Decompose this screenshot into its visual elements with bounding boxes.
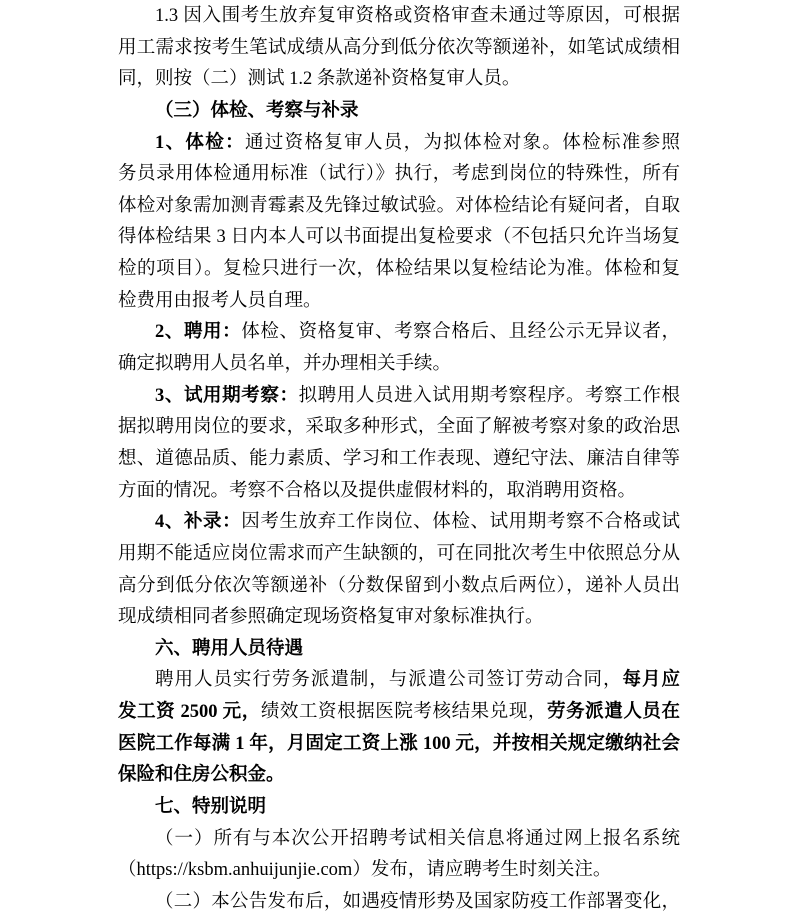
bold-text-run: 2、聘用： — [155, 322, 241, 342]
bold-text-run: 3、试用期考察： — [155, 386, 299, 406]
text-run: （二）本公告发布后，如遇疫情形势及国家防疫工作部署变化， — [155, 892, 680, 912]
text-run: 现成绩相同者参照确定现场资格复审对象标准执行。 — [118, 607, 544, 627]
text-line: 1.3 因入围考生放弃复审资格或资格审查未通过等原因，可根据 — [118, 1, 680, 33]
text-line: （三）体检、考察与补录 — [118, 96, 680, 128]
text-run: 高分到低分依次等额递补（分数保留到小数点后两位），递补人员出 — [118, 576, 680, 596]
text-line: 务员录用体检通用标准（试行）》执行，考虑到岗位的特殊性，所有 — [118, 159, 680, 191]
text-line: 现成绩相同者参照确定现场资格复审对象标准执行。 — [118, 602, 680, 634]
text-run: 用期不能适应岗位需求而产生缺额的，可在同批次考生中依照总分从 — [118, 544, 680, 564]
text-line: 得体检结果 3 日内本人可以书面提出复检要求（不包括只允许当场复 — [118, 222, 680, 254]
text-line: （一）所有与本次公开招聘考试相关信息将通过网上报名系统 — [118, 824, 680, 856]
text-line: 保险和住房公积金。 — [118, 760, 680, 792]
text-line: 确定拟聘用人员名单，并办理相关手续。 — [118, 349, 680, 381]
bold-text-run: 保险和住房公积金。 — [118, 765, 285, 785]
text-run: 检费用由报考人员自理。 — [118, 291, 322, 311]
text-line: 体检对象需加测青霉素及先锋过敏试验。对体检结论有疑问者，自取 — [118, 191, 680, 223]
text-line: （二）本公告发布后，如遇疫情形势及国家防疫工作部署变化， — [118, 887, 680, 918]
text-line: 检的项目）。复检只进行一次，体检结果以复检结论为准。体检和复 — [118, 254, 680, 286]
text-run: 据拟聘用岗位的要求，采取多种形式，全面了解被考察对象的政治思 — [118, 417, 680, 437]
text-run: 方面的情况。考察不合格以及提供虚假材料的，取消聘用资格。 — [118, 481, 636, 501]
text-line: 高分到低分依次等额递补（分数保留到小数点后两位），递补人员出 — [118, 571, 680, 603]
text-line: 方面的情况。考察不合格以及提供虚假材料的，取消聘用资格。 — [118, 476, 680, 508]
text-run: 想、道德品质、能力素质、学习和工作表现、遵纪守法、廉洁自律等 — [118, 449, 680, 469]
text-run: （https://ksbm.anhuijunjie.com）发布，请应聘考生时刻… — [118, 860, 611, 880]
text-line: 用工需求按考生笔试成绩从高分到低分依次等额递补，如笔试成绩相 — [118, 33, 680, 65]
text-run: 确定拟聘用人员名单，并办理相关手续。 — [118, 354, 451, 374]
text-line: 六、聘用人员待遇 — [118, 634, 680, 666]
bold-text-run: 1、体检： — [155, 133, 245, 153]
text-run: 体检、资格复审、考察合格后、且经公示无异议者， — [241, 322, 680, 342]
text-run: （一）所有与本次公开招聘考试相关信息将通过网上报名系统 — [155, 829, 680, 849]
text-line: 医院工作每满 1 年，月固定工资上涨 100 元，并按相关规定缴纳社会 — [118, 729, 680, 761]
text-run: 拟聘用人员进入试用期考察程序。考察工作根 — [299, 386, 680, 406]
document-body: 1.3 因入围考生放弃复审资格或资格审查未通过等原因，可根据用工需求按考生笔试成… — [118, 1, 680, 918]
text-line: 3、试用期考察：拟聘用人员进入试用期考察程序。考察工作根 — [118, 381, 680, 413]
text-line: 发工资 2500 元，绩效工资根据医院考核结果兑现，劳务派遣人员在 — [118, 697, 680, 729]
text-run: 用工需求按考生笔试成绩从高分到低分依次等额递补，如笔试成绩相 — [118, 38, 680, 58]
bold-text-run: 六、聘用人员待遇 — [155, 639, 303, 659]
text-run: 聘用人员实行劳务派遣制，与派遣公司签订劳动合同， — [155, 670, 623, 690]
bold-text-run: 4、补录： — [155, 512, 241, 532]
text-run: 得体检结果 3 日内本人可以书面提出复检要求（不包括只允许当场复 — [118, 227, 680, 247]
text-line: 检费用由报考人员自理。 — [118, 286, 680, 318]
text-line: 同，则按（二）测试 1.2 条款递补资格复审人员。 — [118, 64, 680, 96]
text-run: 绩效工资根据医院考核结果兑现， — [261, 702, 547, 722]
text-line: 七、特别说明 — [118, 792, 680, 824]
document-page: 1.3 因入围考生放弃复审资格或资格审查未通过等原因，可根据用工需求按考生笔试成… — [0, 0, 800, 918]
text-line: 聘用人员实行劳务派遣制，与派遣公司签订劳动合同，每月应 — [118, 665, 680, 697]
bold-text-run: 七、特别说明 — [155, 797, 266, 817]
text-line: （https://ksbm.anhuijunjie.com）发布，请应聘考生时刻… — [118, 855, 680, 887]
text-line: 2、聘用：体检、资格复审、考察合格后、且经公示无异议者， — [118, 317, 680, 349]
text-line: 4、补录：因考生放弃工作岗位、体检、试用期考察不合格或试 — [118, 507, 680, 539]
text-line: 想、道德品质、能力素质、学习和工作表现、遵纪守法、廉洁自律等 — [118, 444, 680, 476]
text-run: 因考生放弃工作岗位、体检、试用期考察不合格或试 — [241, 512, 680, 532]
bold-text-run: 医院工作每满 1 年，月固定工资上涨 100 元，并按相关规定缴纳社会 — [118, 734, 680, 754]
bold-text-run: 每月应 — [623, 670, 680, 690]
text-line: 用期不能适应岗位需求而产生缺额的，可在同批次考生中依照总分从 — [118, 539, 680, 571]
text-run: 务员录用体检通用标准（试行）》执行，考虑到岗位的特殊性，所有 — [118, 164, 680, 184]
text-run: 检的项目）。复检只进行一次，体检结果以复检结论为准。体检和复 — [118, 259, 680, 279]
text-line: 1、体检：通过资格复审人员，为拟体检对象。体检标准参照《公 — [118, 128, 680, 160]
bold-text-run: 劳务派遣人员在 — [547, 702, 680, 722]
bold-text-run: 发工资 2500 元， — [118, 702, 261, 722]
bold-text-run: （三）体检、考察与补录 — [155, 101, 359, 121]
text-run: 1.3 因入围考生放弃复审资格或资格审查未通过等原因，可根据 — [155, 6, 680, 26]
text-run: 体检对象需加测青霉素及先锋过敏试验。对体检结论有疑问者，自取 — [118, 196, 680, 216]
text-line: 据拟聘用岗位的要求，采取多种形式，全面了解被考察对象的政治思 — [118, 412, 680, 444]
text-run: 同，则按（二）测试 1.2 条款递补资格复审人员。 — [118, 69, 520, 89]
